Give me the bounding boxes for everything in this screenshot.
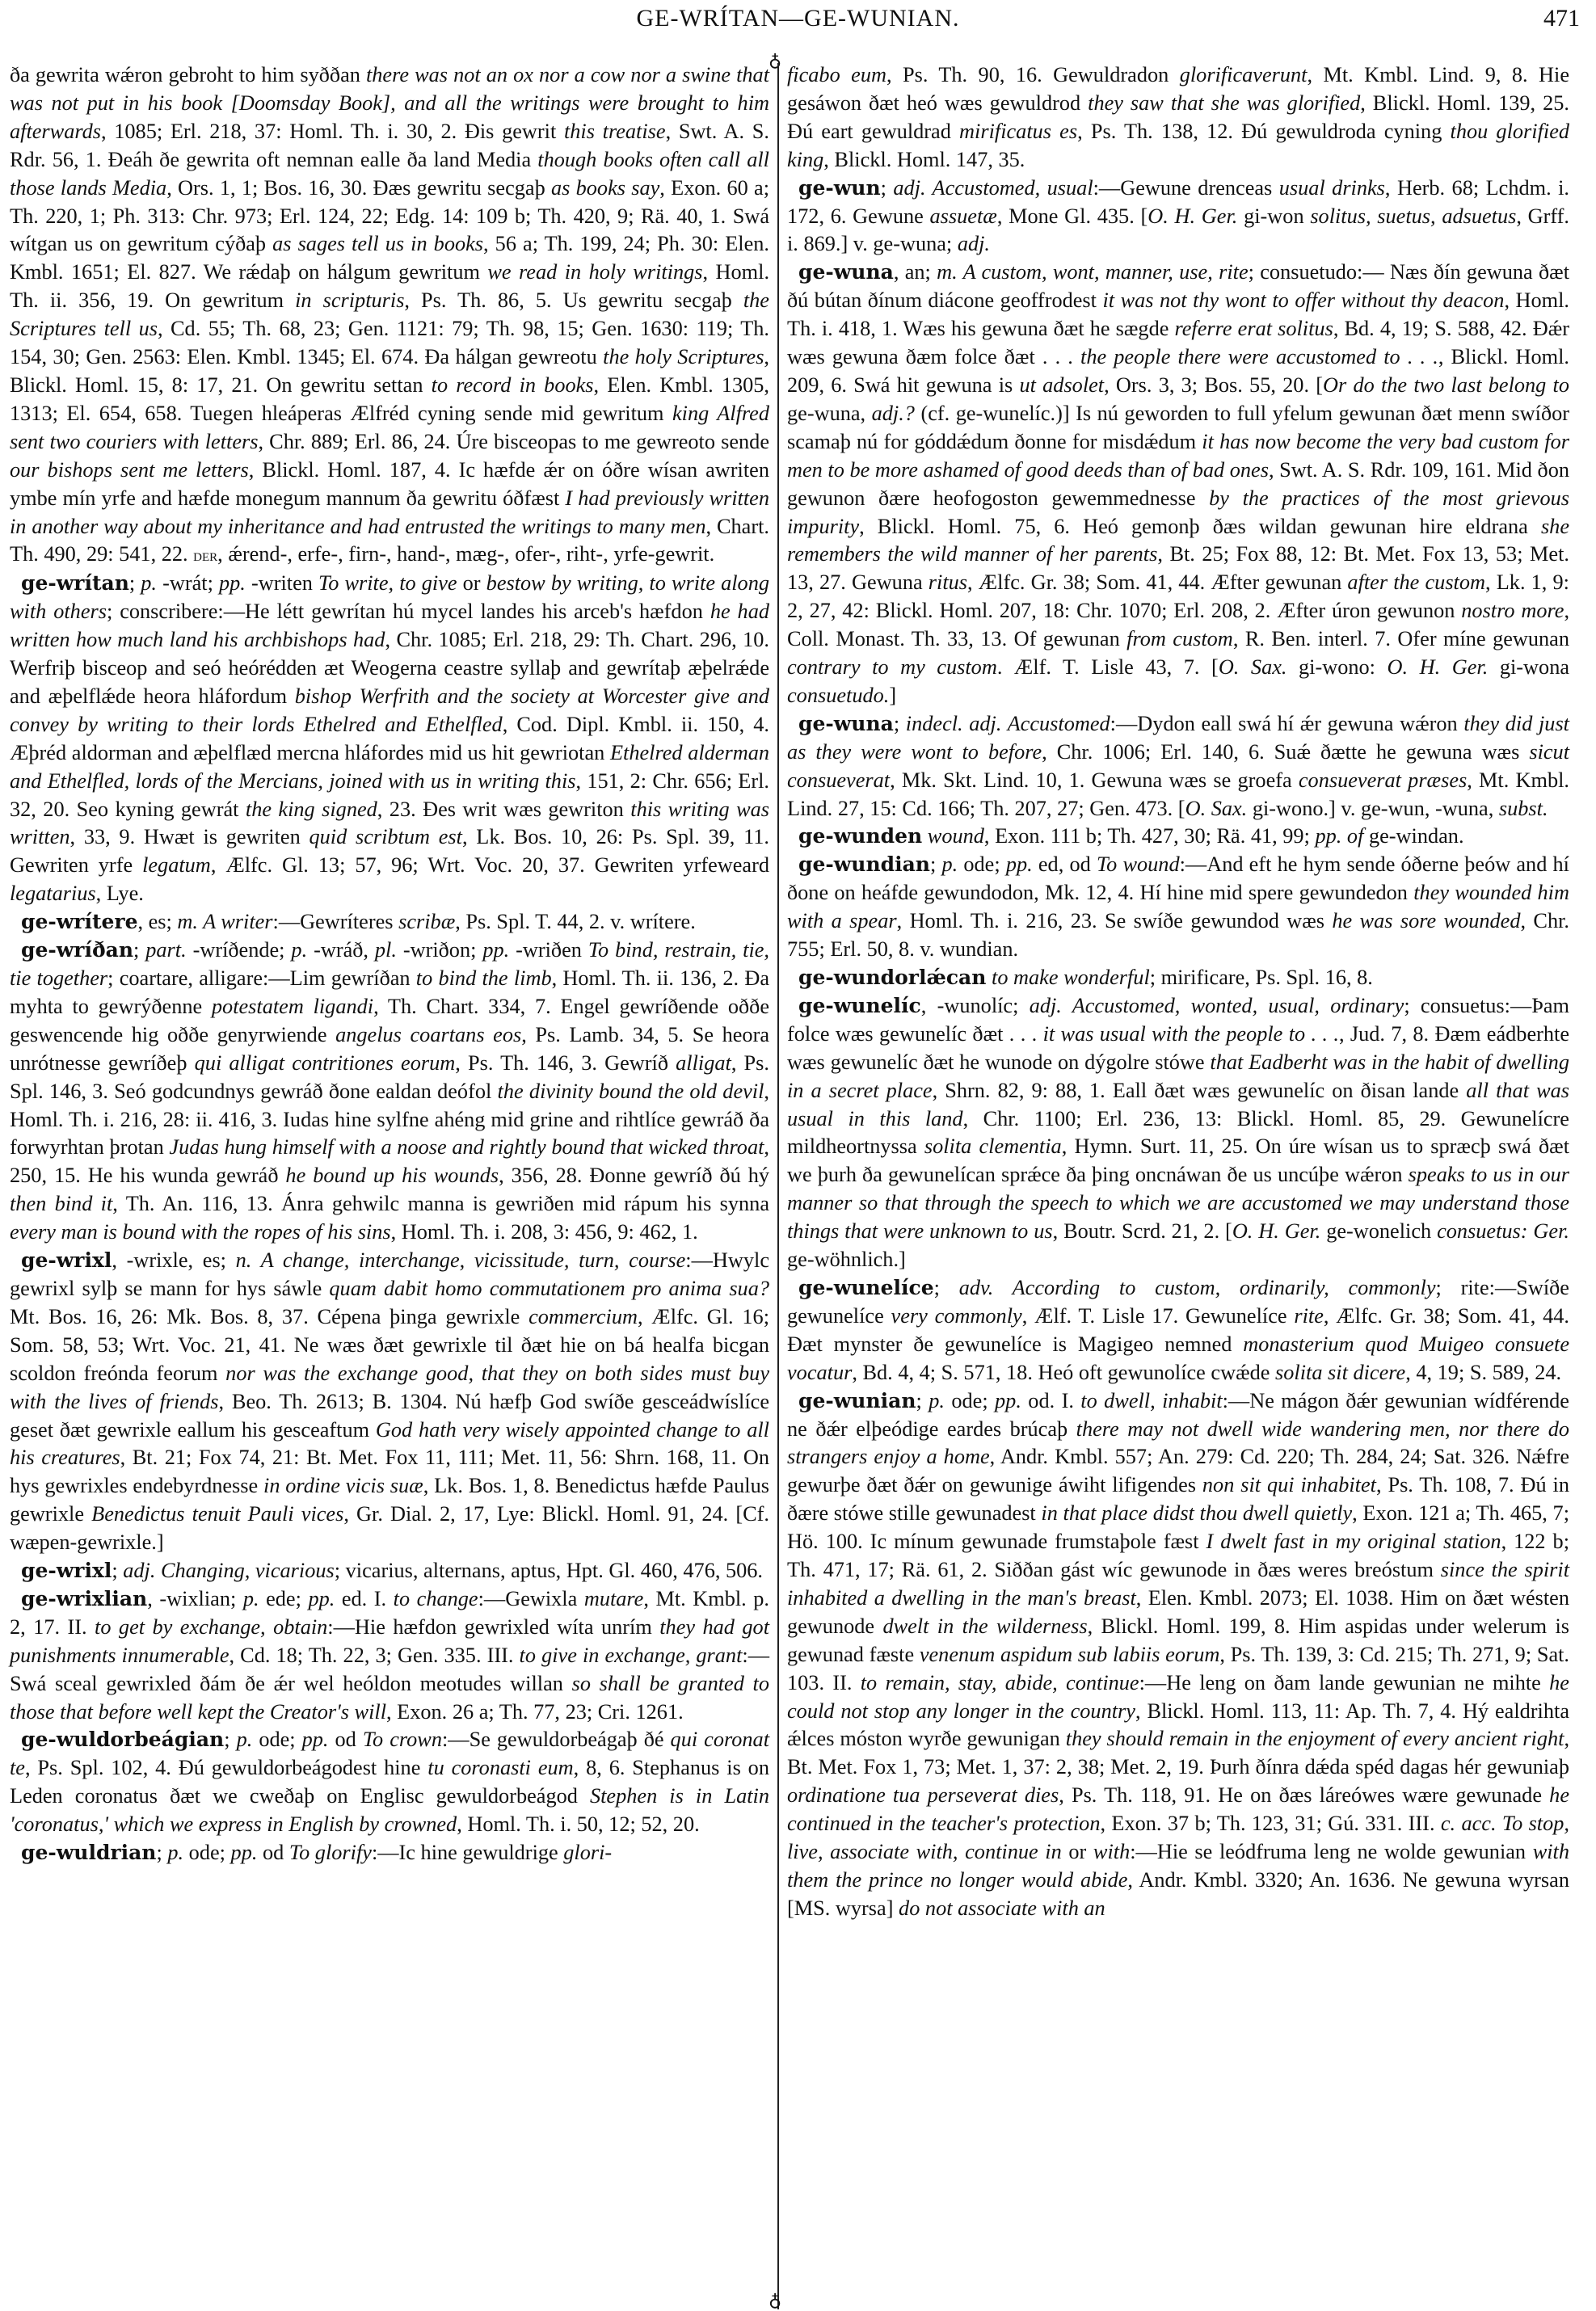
entry-text: ;: [934, 1276, 959, 1299]
entry-text: , Chr. 1006; Erl. 140, 6. Suǽ ðætte he g…: [1042, 740, 1529, 764]
entry-text: , 356, 28. Ðonne gewríð ðú hý: [499, 1164, 769, 1187]
gloss-text: consueverat præses: [1299, 768, 1467, 792]
gloss-text: to give in exchange, grant: [520, 1644, 743, 1667]
entry-text: gi-wona: [1488, 655, 1569, 679]
entry-text: ;: [112, 1559, 123, 1582]
entry-headword: ge-wunelíc: [798, 994, 921, 1017]
gloss-text: legatum: [142, 853, 211, 877]
gloss-text: contrary to my custom: [787, 655, 997, 679]
gloss-text: pp.: [482, 938, 509, 962]
entry-text: , Ælfc. Gr. 38; Som. 41, 44. Æfter gewun…: [967, 570, 1347, 594]
entry-text: , Ps. Th. 146, 3. Gewríð: [455, 1051, 676, 1075]
entry-text: , 23. Ðes writ wæs gewriton: [377, 798, 630, 821]
entry-text: :—Gewune drenceas: [1093, 176, 1279, 200]
running-head: GE-WRÍTAN—GE-WUNIAN. 471: [0, 5, 1596, 37]
gloss-text: solita sit dicere: [1275, 1361, 1405, 1384]
gloss-text: pp.: [231, 1841, 258, 1864]
entry-headword: ge-wuldrian: [21, 1841, 156, 1864]
entry-text: ;: [916, 1389, 929, 1412]
gloss-text: referre erat solitus: [1175, 317, 1333, 340]
entry-text: ge-wuna,: [787, 402, 872, 425]
gloss-text: to dwell, inhabit: [1080, 1389, 1222, 1412]
entry-text: , Boutr. Scrd. 21, 2. [: [1053, 1219, 1232, 1243]
gloss-text: solita clementia: [924, 1134, 1062, 1158]
entry-text: ða gewrita wǽron gebroht to him syððan: [10, 63, 366, 86]
dictionary-entry: ge-wun; adj. Accustomed, usual:—Gewune d…: [787, 175, 1569, 259]
entry-headword: ge-wrítan: [21, 571, 129, 595]
gloss-text: usual drinks: [1279, 176, 1385, 200]
entry-text: , Ps. Spl. T. 44, 2. v. wrítere.: [455, 910, 696, 933]
entry-text: , Ors. 3, 3; Bos. 55, 20. [: [1104, 373, 1323, 397]
entry-text: [922, 824, 928, 848]
entry-headword: ge-wrixl: [21, 1559, 112, 1582]
entry-text: ;: [156, 1841, 167, 1864]
gloss-text: venenum aspidum sub labiis eorum: [920, 1643, 1220, 1666]
entry-text: ode;: [183, 1841, 230, 1864]
entry-text: , Blickl. Homl. 75, 6. Heó gemonþ ðæs wi…: [859, 515, 1541, 538]
entry-text: -wrát;: [157, 571, 219, 595]
entry-text: , -wunolíc;: [921, 994, 1030, 1017]
gloss-text: O. Sax.: [1185, 797, 1248, 820]
gloss-text: consuetudo.: [787, 684, 889, 707]
gloss-text: O. H. Ger.: [1148, 204, 1237, 228]
dictionary-entry: ge-wuna, an; m. A custom, wont, manner, …: [787, 259, 1569, 710]
entry-text: -writen: [246, 571, 318, 595]
gloss-text: To write, to give: [318, 571, 457, 595]
page-number: 471: [1543, 5, 1580, 32]
entry-text: od: [328, 1728, 362, 1751]
dictionary-entry: ge-wundorlǽcan to make wonderful; mirifi…: [787, 964, 1569, 992]
gloss-text: Benedictus tenuit Pauli vices: [91, 1502, 343, 1526]
entry-text: , R. Ben. interl. 7. Ofer míne gewunan: [1233, 627, 1569, 650]
entry-text: ge-wonelich: [1320, 1219, 1437, 1243]
ornament-top-icon: ♁: [769, 52, 781, 69]
dictionary-entry: ge-wuna; indecl. adj. Accustomed:—Dydon …: [787, 710, 1569, 823]
gloss-text: this treatise: [564, 120, 666, 143]
entry-text: ;: [930, 852, 941, 876]
entry-text: or: [457, 571, 486, 595]
entry-text: od: [257, 1841, 288, 1864]
entry-text: , ǽrend-, erfe-, firn-, hand-, mæg-, ofe…: [217, 542, 714, 566]
entry-text: :—Se gewuldorbeágaþ ðé: [442, 1728, 671, 1751]
gloss-text: tu coronasti eum: [427, 1756, 573, 1779]
gloss-text: as sages tell us in books: [272, 232, 483, 255]
gloss-text: to remain, stay, abide, continue: [861, 1671, 1139, 1694]
entry-headword: ge-wuna: [798, 712, 894, 735]
entry-text: , es;: [137, 910, 177, 933]
gloss-text: qui alligat contritiones eorum: [195, 1051, 456, 1075]
entry-text: :—Gewixla: [478, 1587, 584, 1610]
gloss-text: solitus, suetus, adsuetus: [1310, 204, 1516, 228]
entry-text: -wráð,: [307, 938, 375, 962]
entry-text: :—Hie hæfdon gewrixled wíta unrím: [327, 1615, 659, 1639]
entry-text: , an;: [894, 260, 937, 284]
gloss-text: they should remain in the enjoyment of e…: [1066, 1727, 1564, 1750]
gloss-text: rite: [1294, 1304, 1324, 1328]
dictionary-entry: ge-wunian; p. ode; pp. od. I. to dwell, …: [787, 1387, 1569, 1923]
entry-headword: ge-wun: [798, 176, 881, 200]
gloss-text: pp. of: [1315, 824, 1363, 848]
entry-headword: ge-wrixlian: [21, 1587, 147, 1610]
gloss-text: in scripturis: [295, 288, 404, 312]
entry-headword: ge-wuldorbeágian: [21, 1728, 224, 1751]
entry-text: :—Ic hine gewuldrige: [372, 1841, 563, 1864]
gloss-text: the king signed: [246, 798, 377, 821]
gloss-text: dwelt in the wilderness: [882, 1614, 1087, 1638]
gloss-text: potestatem ligandi: [212, 995, 373, 1018]
gloss-text: mutare: [584, 1587, 644, 1610]
entry-text: , Mk. Skt. Lind. 10, 1. Gewuna wæs se gr…: [890, 768, 1299, 792]
dictionary-entry: ge-wrixl; adj. Changing, vicarious; vica…: [10, 1557, 769, 1585]
gloss-text: Or do the two last belong to: [1323, 373, 1569, 397]
entry-text: ;: [894, 712, 906, 735]
entry-text: , 1085; Erl. 218, 37: Homl. Th. i. 30, 2…: [101, 120, 564, 143]
gloss-text: subst.: [1499, 797, 1548, 820]
entry-text: -wriðen: [509, 938, 588, 962]
gloss-text: pp.: [995, 1389, 1021, 1412]
entry-text: ode;: [958, 852, 1006, 876]
gloss-text: the holy Scriptures: [603, 345, 764, 368]
gloss-text: to record in books: [432, 373, 594, 397]
entry-text: :—He leng on ðam lande gewunian ne mihte: [1139, 1671, 1550, 1694]
gloss-text: To crown: [363, 1728, 442, 1751]
gloss-text: pl.: [375, 938, 397, 962]
entry-text: gi-wono:: [1286, 655, 1387, 679]
entry-text: ode;: [945, 1389, 995, 1412]
gloss-text: O. H. Ger.: [1388, 655, 1489, 679]
gloss-text: consuetus: Ger.: [1437, 1219, 1569, 1243]
gloss-text: very commonly: [891, 1304, 1022, 1328]
gloss-text: as books say: [551, 176, 659, 200]
entry-text: ;: [881, 176, 894, 200]
gloss-text: ficabo eum: [787, 63, 886, 86]
dictionary-entry: ge-wuldorbeágian; p. ode; pp. od To crow…: [10, 1726, 769, 1839]
entry-text: :—Dydon eall swá hí ǽr gewuna wǽron: [1110, 712, 1464, 735]
entry-headword: ge-wrítere: [21, 910, 137, 933]
gloss-text: glori-: [563, 1841, 612, 1864]
gloss-text: pp.: [219, 571, 246, 595]
gloss-text: n. A change, interchange, vicissitude, t…: [236, 1248, 686, 1272]
gloss-text: pp.: [1006, 852, 1033, 876]
dictionary-entry: ge-wuldrian; p. ode; pp. od To glorify:—…: [10, 1839, 769, 1867]
gloss-text: he was sore wounded: [1332, 909, 1520, 932]
entry-text: , Ælf. T. Lisle 17. Gewunelíce: [1022, 1304, 1295, 1328]
gloss-text: alligat: [676, 1051, 731, 1075]
gloss-text: To glorify: [289, 1841, 372, 1864]
entry-text: :—Gewríteres: [273, 910, 399, 933]
entry-text: -wriðon;: [397, 938, 482, 962]
entry-text: der: [193, 545, 217, 565]
entry-text: , Bd. 4, 4; S. 571, 18. Heó oft gewunolí…: [852, 1361, 1275, 1384]
gloss-text: p.: [141, 571, 157, 595]
entry-text: , 33, 9. Hwæt is gewriten: [70, 825, 310, 848]
running-head-title: GE-WRÍTAN—GE-WUNIAN.: [0, 5, 1596, 32]
gloss-text: assuetæ: [930, 204, 997, 228]
gloss-text: I dwelt fast in my original station: [1206, 1530, 1501, 1553]
entry-headword: ge-wundorlǽcan: [798, 966, 986, 989]
entry-text: ge-windan.: [1363, 824, 1463, 848]
gloss-text: p.: [167, 1841, 183, 1864]
gloss-text: pp.: [308, 1587, 335, 1610]
dictionary-entry: ge-wrítere, es; m. A writer:—Gewríteres …: [10, 908, 769, 937]
gloss-text: mirificatus es: [959, 120, 1077, 143]
entry-text: , Homl. Th. i. 216, 23. Se swíðe gewundo…: [897, 909, 1333, 932]
gloss-text: it was usual with the people to . . .: [1043, 1022, 1339, 1046]
gloss-text: it was not thy wont to offer without thy…: [1102, 288, 1504, 312]
gloss-text: m. A custom, wont, manner, use, rite: [937, 260, 1248, 284]
entry-text: , Ælfc. Gl. 13; 57, 96; Wrt. Voc. 20, 37…: [211, 853, 769, 877]
gloss-text: in ordine vicis suæ: [263, 1474, 423, 1497]
gloss-text: to change: [394, 1587, 478, 1610]
dictionary-entry: ge-wunden wound, Exon. 111 b; Th. 427, 3…: [787, 823, 1569, 851]
entry-headword: ge-wunian: [798, 1389, 916, 1412]
gloss-text: they saw that she was glorified: [1088, 91, 1360, 115]
entry-text: , Ps. Th. 118, 91. He on ðæs láreówes wæ…: [1059, 1783, 1549, 1807]
entry-text: , Homl. Th. i. 208, 3: 456, 9: 462, 1.: [391, 1220, 698, 1244]
entry-text: ; vicarius, alternans, aptus, Hpt. Gl. 4…: [335, 1559, 763, 1582]
gloss-text: legatarius: [10, 882, 96, 905]
gloss-text: pp.: [302, 1728, 329, 1751]
right-column: ficabo eum, Ps. Th. 90, 16. Gewuldradon …: [787, 61, 1569, 1923]
gloss-text: quam dabit homo commutationem pro anima …: [329, 1277, 769, 1300]
dictionary-entry: ge-wrixlian, -wixlian; p. ede; pp. ed. I…: [10, 1585, 769, 1727]
gloss-text: quid scribtum est: [309, 825, 461, 848]
entry-text: , Ps. Th. 90, 16. Gewuldradon: [886, 63, 1180, 86]
entry-text: ge-wöhnlich.]: [787, 1248, 906, 1271]
entry-text: , Ps. Th. 138, 12. Ðú gewuldroda cyning: [1077, 120, 1450, 143]
gloss-text: part.: [145, 938, 186, 962]
left-column: ða gewrita wǽron gebroht to him syððan t…: [10, 61, 769, 1867]
gloss-text: with: [1093, 1840, 1130, 1863]
entry-text: :—Hie se leódfruma leng ne wolde gewunia…: [1130, 1840, 1532, 1863]
gloss-text: then bind it: [10, 1192, 112, 1215]
entry-text: or: [1062, 1840, 1093, 1863]
entry-headword: ge-wuna: [798, 260, 894, 284]
entry-text: , Ps. Th. 86, 5. Us gewritu secgaþ: [404, 288, 743, 312]
gloss-text: every man is bound with the ropes of his…: [10, 1220, 391, 1244]
entry-text: gi-won: [1237, 204, 1310, 228]
entry-text: ;: [133, 938, 145, 962]
entry-text: , Mone Gl. 435. [: [997, 204, 1148, 228]
dictionary-entry: ge-wríðan; part. -wríðende; p. -wráð, pl…: [10, 937, 769, 1247]
gloss-text: adj. Accustomed, wonted, usual, ordinary: [1030, 994, 1404, 1017]
gloss-text: the people there were accustomed to . . …: [1080, 345, 1438, 368]
gloss-text: p.: [291, 938, 307, 962]
entry-text: -wríðende;: [187, 938, 292, 962]
entry-text: , Blickl. Homl. 147, 35.: [823, 148, 1025, 171]
gloss-text: angelus coartans eos: [335, 1023, 521, 1046]
entry-text: , Exon. 37 b; Th. 123, 31; Gú. 331. III.: [1100, 1812, 1440, 1835]
gloss-text: our bishops sent me letters: [10, 458, 249, 482]
entry-text: , Exon. 111 b; Th. 427, 30; Rä. 41, 99;: [984, 824, 1316, 848]
ornament-bottom-icon: ♁: [769, 2292, 781, 2309]
entry-text: ;: [224, 1728, 236, 1751]
entry-text: , Ors. 1, 1; Bos. 16, 30. Ðæs gewritu se…: [166, 176, 551, 200]
gloss-text: p.: [929, 1389, 945, 1412]
gloss-text: scribæ: [398, 910, 455, 933]
entry-text: gi-wono.] v. ge-wun, -wuna,: [1247, 797, 1499, 820]
gloss-text: to bind the limb: [416, 966, 552, 990]
entry-text: , -wixlian;: [147, 1587, 243, 1610]
entry-text: . Ælf. T. Lisle 43, 7. [: [997, 655, 1219, 679]
dictionary-entry: ge-wunelíce; adv. According to custom, o…: [787, 1274, 1569, 1387]
gloss-text: ritus: [929, 570, 967, 594]
entry-headword: ge-wundian: [798, 852, 930, 876]
gloss-text: adj.?: [872, 402, 915, 425]
gloss-text: To wound: [1097, 852, 1180, 876]
entry-text: , Lye.: [96, 882, 144, 905]
gloss-text: adj. Accustomed, usual: [893, 176, 1093, 200]
entry-text: ed. I.: [335, 1587, 393, 1610]
gloss-text: from custom: [1126, 627, 1233, 650]
gloss-text: to make wonderful: [992, 966, 1150, 989]
entry-text: ]: [889, 684, 896, 707]
gloss-text: p.: [941, 852, 958, 876]
gloss-text: m. A writer: [177, 910, 272, 933]
gloss-text: O. Sax.: [1219, 655, 1287, 679]
entry-text: ed, od: [1033, 852, 1097, 876]
gloss-text: indecl. adj. Accustomed: [906, 712, 1110, 735]
entry-text: , Chr. 889; Erl. 86, 24. Úre bisceopas t…: [258, 430, 769, 453]
entry-text: , Homl. Th. i. 50, 12; 52, 20.: [457, 1812, 699, 1836]
dictionary-entry: ge-wrixl, -wrixle, es; n. A change, inte…: [10, 1247, 769, 1557]
gloss-text: Judas hung himself with a noose and righ…: [169, 1135, 764, 1159]
dictionary-entry: ge-wundian; p. ode; pp. ed, od To wound:…: [787, 851, 1569, 964]
gloss-text: p.: [243, 1587, 259, 1610]
entry-text: ode;: [252, 1728, 301, 1751]
entry-text: ; conscribere:—He létt gewrítan hú mycel…: [107, 600, 710, 623]
entry-text: od. I.: [1021, 1389, 1080, 1412]
gloss-text: ordinatione tua perseverat dies: [787, 1783, 1059, 1807]
dictionary-entry: ge-wunelíc, -wunolíc; adj. Accustomed, w…: [787, 992, 1569, 1274]
entry-text: , Shrn. 82, 9: 88, 1. Eall ðæt wæs gewun…: [933, 1079, 1467, 1102]
gloss-text: p.: [237, 1728, 253, 1751]
entry-text: , -wrixle, es;: [112, 1248, 235, 1272]
column-divider: [777, 63, 779, 2309]
dictionary-entry: ge-wrítan; p. -wrát; pp. -writen To writ…: [10, 570, 769, 908]
dictionary-entry: ficabo eum, Ps. Th. 90, 16. Gewuldradon …: [787, 61, 1569, 175]
entry-headword: ge-wunelíce: [798, 1276, 934, 1299]
gloss-text: nostro more: [1461, 599, 1564, 622]
gloss-text: adj.: [958, 232, 990, 255]
gloss-text: after the custom: [1347, 570, 1485, 594]
entry-text: ede;: [259, 1587, 309, 1610]
gloss-text: commercium: [528, 1305, 638, 1328]
entry-text: , 4, 19; S. 589, 24.: [1405, 1361, 1561, 1384]
entry-headword: ge-wunden: [798, 824, 922, 848]
entry-text: ;: [129, 571, 141, 595]
gloss-text: in that place didst thou dwell quietly: [1041, 1501, 1352, 1525]
entry-text: ; coartare, alligare:—Lim gewríðan: [107, 966, 416, 990]
gloss-text: adv. According to custom, ordinarily, co…: [959, 1276, 1436, 1299]
entry-headword: ge-wríðan: [21, 938, 133, 962]
gloss-text: wound: [928, 824, 984, 848]
entry-text: , Ps. Spl. 102, 4. Ðú gewuldorbeágodest …: [25, 1756, 427, 1779]
entry-headword: ge-wrixl: [21, 1248, 112, 1272]
gloss-text: he bound up his wounds: [285, 1164, 499, 1187]
gloss-text: glorificaverunt: [1180, 63, 1308, 86]
gloss-text: to get by exchange, obtain: [95, 1615, 327, 1639]
gloss-text: we read in holy writings: [487, 260, 702, 284]
entry-text: , Exon. 26 a; Th. 77, 23; Cri. 1261.: [386, 1700, 684, 1724]
entry-text: , Cd. 18; Th. 22, 3; Gen. 335. III.: [230, 1644, 520, 1667]
dictionary-entry: ða gewrita wǽron gebroht to him syððan t…: [10, 61, 769, 570]
gloss-text: non sit qui inhabitet: [1202, 1473, 1376, 1496]
entry-text: , Th. An. 116, 13. Ánra gehwilc manna is…: [112, 1192, 769, 1215]
gloss-text: adj. Changing, vicarious: [123, 1559, 335, 1582]
gloss-text: do not associate with an: [899, 1896, 1105, 1920]
entry-text: ; mirificare, Ps. Spl. 16, 8.: [1150, 966, 1373, 989]
gloss-text: ut adsolet: [1019, 373, 1104, 397]
gloss-text: the divinity bound the old devil: [498, 1080, 764, 1103]
entry-text: Mt. Bos. 16, 26: Mk. Bos. 8, 37. Cépena …: [10, 1305, 528, 1328]
gloss-text: O. H. Ger.: [1232, 1219, 1320, 1243]
